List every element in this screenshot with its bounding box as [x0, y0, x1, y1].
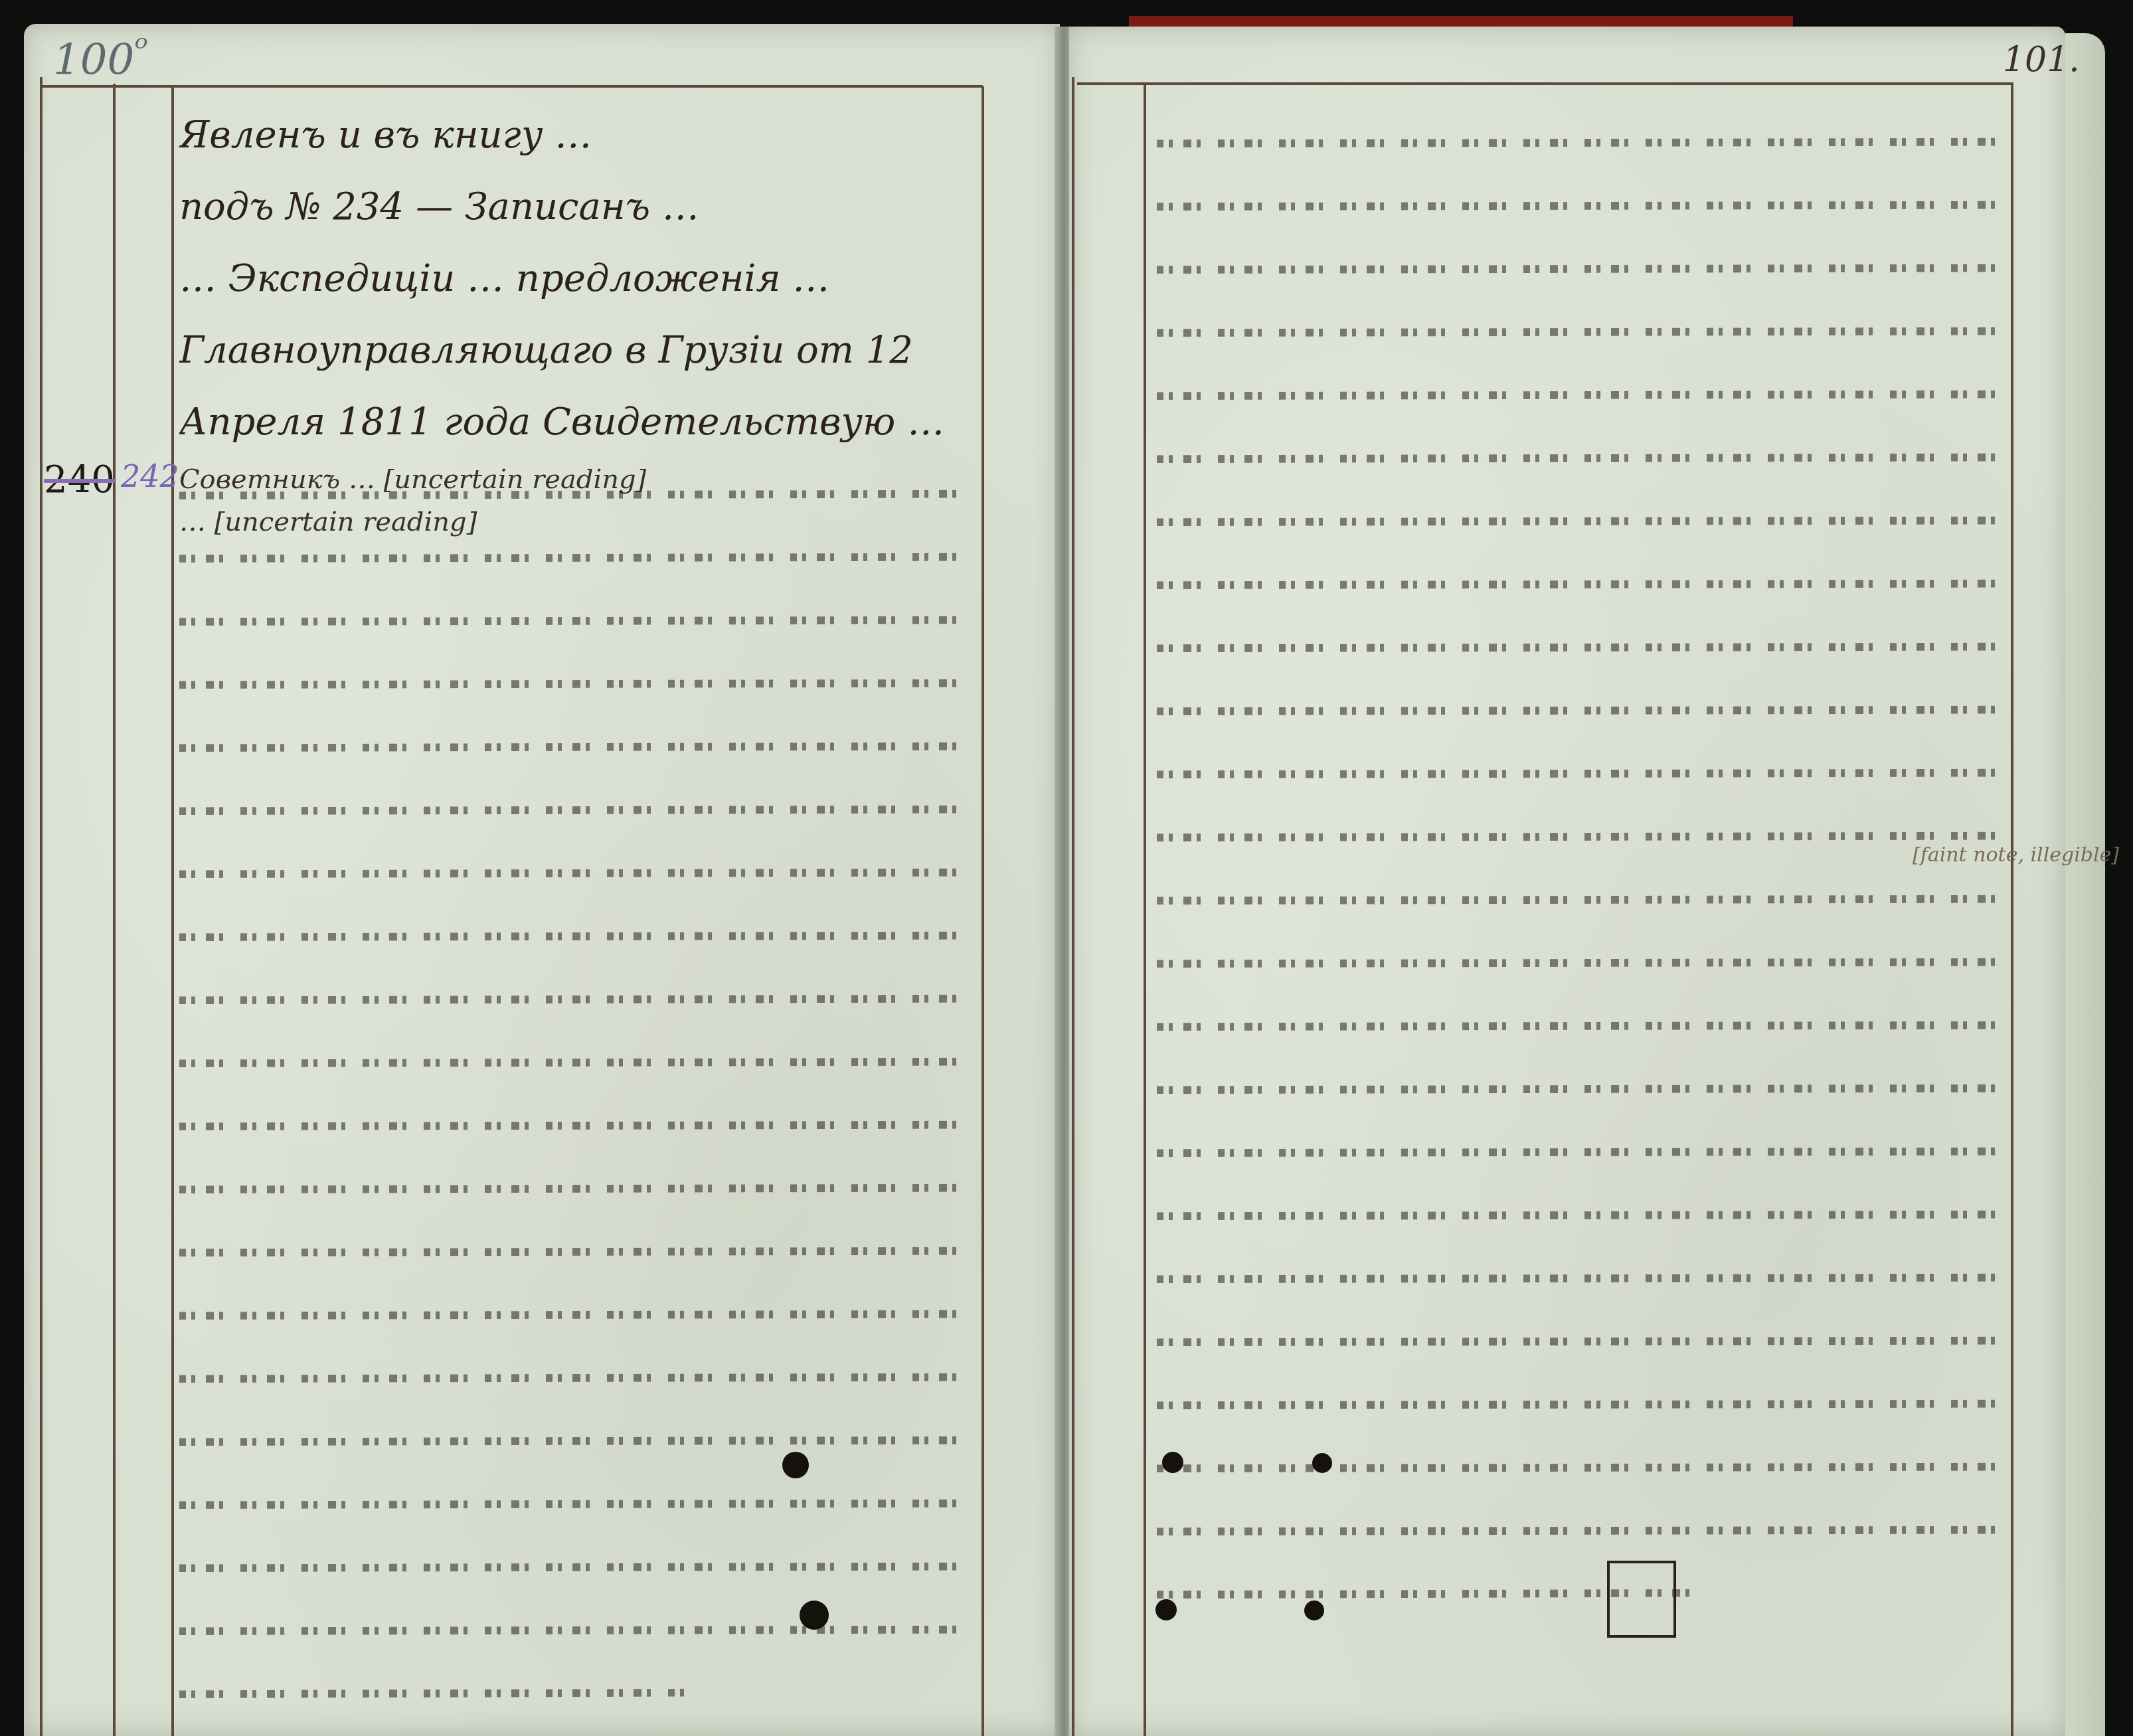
ink-stroke-placeholder: [179, 1179, 970, 1196]
stamp-box: [1607, 1561, 1676, 1638]
ink-stroke-placeholder: [179, 611, 970, 628]
georgian-script-line: [179, 711, 970, 774]
binding-hole: [1312, 1453, 1332, 1473]
right-margin-rule-2: [1144, 82, 1146, 1736]
georgian-script-line: [179, 1594, 970, 1657]
ink-stroke-placeholder: [1157, 890, 2000, 907]
georgian-script-line: [179, 458, 970, 521]
header-line: Главноуправляющаго в Грузіи от 12: [179, 315, 1063, 387]
ink-stroke-placeholder: [1157, 322, 2000, 339]
left-margin-rule-1: [40, 77, 43, 1736]
ink-stroke-placeholder: [179, 674, 970, 691]
georgian-script-line: [1157, 926, 2000, 990]
binding-hole: [1304, 1601, 1324, 1620]
ink-stroke-placeholder: [1157, 1016, 2000, 1033]
ink-stroke-placeholder: [1157, 448, 2000, 466]
header-line: Явленъ и въ книгу …: [179, 100, 1063, 171]
georgian-script-line: [1157, 990, 2000, 1053]
georgian-script-line: [179, 1531, 970, 1594]
ink-stroke-placeholder: [1157, 1079, 2000, 1096]
ink-stroke-placeholder: [179, 863, 970, 881]
left-margin-rule-3: [171, 86, 174, 1736]
right-right-rule: [2011, 82, 2013, 1736]
georgian-script-line: [1157, 1179, 2000, 1242]
ink-stroke-placeholder: [179, 1305, 970, 1322]
georgian-script-line: [1157, 800, 2000, 863]
ink-stroke-placeholder: [179, 800, 970, 818]
ink-stroke-placeholder: [1157, 953, 2000, 970]
ink-stroke-placeholder: [179, 1620, 970, 1638]
page-edges: [2065, 33, 2105, 1736]
georgian-script-line: [179, 1657, 970, 1720]
ink-stroke-placeholder: [1157, 1205, 2000, 1223]
ink-stroke-placeholder: [179, 1431, 970, 1448]
ink-stroke-placeholder: [1157, 1521, 2000, 1538]
georgian-script-line: [1157, 1116, 2000, 1179]
ink-stroke-placeholder: [1157, 385, 2000, 402]
binding-hole: [782, 1452, 809, 1478]
marginal-note: [faint note, illegible]: [1913, 843, 2119, 867]
ink-stroke-placeholder: [1157, 1332, 2000, 1349]
ink-stroke-placeholder: [1157, 1268, 2000, 1286]
georgian-script-line: [1157, 359, 2000, 422]
georgian-script-line: [1157, 232, 2000, 296]
ink-stroke-placeholder: [179, 990, 970, 1007]
georgian-script-line: [1157, 863, 2000, 926]
georgian-script-line: [179, 521, 970, 584]
ink-stroke-placeholder: [1157, 196, 2000, 213]
left-page-number: 100ᵒ: [53, 27, 148, 85]
georgian-script-line: [1157, 1053, 2000, 1116]
ink-stroke-placeholder: [179, 1368, 970, 1385]
ink-stroke-placeholder: [1157, 764, 2000, 781]
georgian-script-line: [1157, 1242, 2000, 1305]
georgian-script-line: [179, 1278, 970, 1342]
ink-stroke-placeholder: [179, 1684, 693, 1701]
ink-stroke-placeholder: [1157, 511, 2000, 529]
left-top-rule: [40, 85, 983, 88]
ink-stroke-placeholder: [1157, 1142, 2000, 1160]
ink-stroke-placeholder: [1157, 638, 2000, 655]
georgian-script-line: [179, 1152, 970, 1215]
left-georgian-body: [179, 458, 970, 1720]
binding-hole: [1162, 1452, 1183, 1473]
georgian-script-line: [1157, 1305, 2000, 1368]
right-top-rule: [1077, 82, 2012, 85]
georgian-script-line: [1157, 611, 2000, 674]
georgian-script-line: [179, 584, 970, 648]
binding-hole: [1155, 1599, 1177, 1620]
georgian-script-line: [1157, 422, 2000, 485]
georgian-script-line: [1157, 485, 2000, 548]
ink-stroke-placeholder: [1157, 1395, 2000, 1412]
georgian-script-line: [179, 1215, 970, 1278]
georgian-script-line: [179, 774, 970, 837]
georgian-script-line: [179, 1468, 970, 1531]
georgian-script-line: [179, 1026, 970, 1089]
ink-stroke-placeholder: [1157, 574, 2000, 592]
header-line: … Экспедиціи … предложенія …: [179, 243, 1063, 315]
georgian-script-line: [179, 837, 970, 900]
georgian-script-line: [1157, 169, 2000, 232]
header-line: подъ № 234 — Записанъ …: [179, 171, 1063, 243]
georgian-script-line: [179, 1089, 970, 1152]
georgian-script-line: [1157, 106, 2000, 169]
ink-stroke-placeholder: [179, 1116, 970, 1133]
georgian-script-line: [1157, 1368, 2000, 1431]
binding-red-band: [1129, 16, 1793, 27]
georgian-script-line: [1157, 1557, 2000, 1620]
georgian-script-line: [1157, 674, 2000, 737]
ink-stroke-placeholder: [179, 548, 970, 565]
georgian-script-line: [1157, 548, 2000, 611]
georgian-script-line: [179, 963, 970, 1026]
entry-number-struck: 240: [44, 458, 115, 501]
ink-stroke-placeholder: [179, 485, 970, 502]
ink-stroke-placeholder: [1157, 133, 2000, 150]
entry-number-corrected: 242: [121, 458, 179, 494]
ink-stroke-placeholder: [1157, 827, 2000, 844]
ink-stroke-placeholder: [1157, 1458, 2000, 1475]
ink-stroke-placeholder: [179, 1494, 970, 1512]
georgian-script-line: [1157, 296, 2000, 359]
georgian-script-line: [1157, 1494, 2000, 1557]
ink-stroke-placeholder: [1157, 701, 2000, 718]
right-page-number: 101.: [2003, 40, 2080, 80]
right-margin-rule-1: [1072, 77, 1074, 1736]
ink-stroke-placeholder: [179, 1053, 970, 1070]
header-line: Апреля 1811 года Свидетельствую …: [179, 387, 1063, 458]
georgian-script-line: [179, 900, 970, 963]
ink-stroke-placeholder: [1157, 259, 2000, 276]
left-margin-rule-2: [113, 84, 116, 1736]
georgian-script-line: [179, 648, 970, 711]
right-georgian-body: [1157, 106, 2000, 1620]
ink-stroke-placeholder: [179, 737, 970, 754]
georgian-script-line: [179, 1405, 970, 1468]
ink-stroke-placeholder: [179, 1242, 970, 1259]
georgian-script-line: [179, 1342, 970, 1405]
georgian-script-line: [1157, 737, 2000, 800]
georgian-script-line: [1157, 1431, 2000, 1494]
ink-stroke-placeholder: [179, 926, 970, 944]
binding-hole: [800, 1601, 829, 1630]
ink-stroke-placeholder: [179, 1557, 970, 1575]
